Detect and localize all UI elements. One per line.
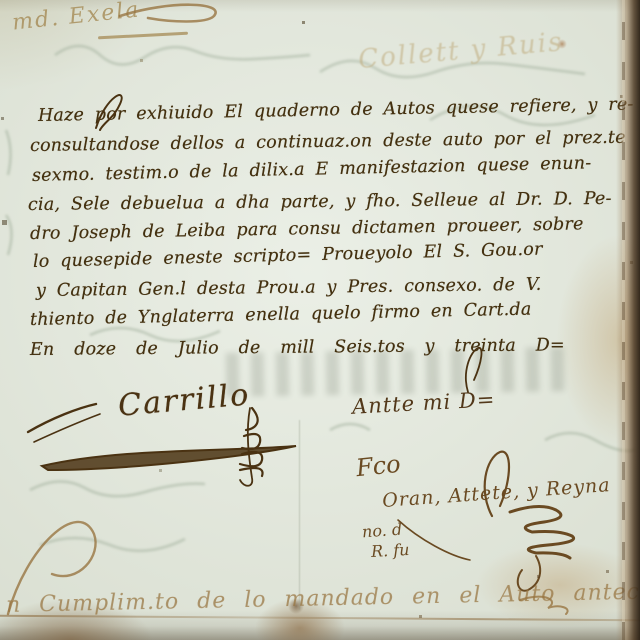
pen-flourishes <box>0 0 640 640</box>
paper-specks <box>0 0 1 1</box>
page-edge-shadow <box>616 0 640 640</box>
manuscript-page: md. Exela Collett y Ruis Haze por exhiui… <box>0 0 640 640</box>
vertical-crease <box>299 420 300 610</box>
